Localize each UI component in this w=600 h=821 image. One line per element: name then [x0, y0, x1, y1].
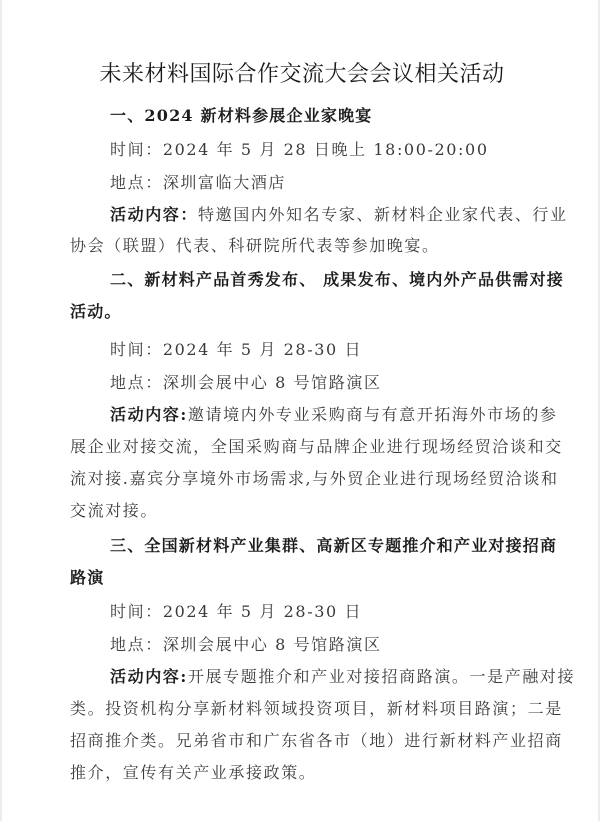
section-2-content-wrap: 交流对接。	[70, 501, 158, 521]
section-2-heading-wrap: 活动。	[70, 302, 122, 322]
location-label: 地点：	[110, 173, 163, 192]
time-value: 2024 年 5 月 28 日晚上 18:00-20:00	[163, 140, 489, 159]
section-2-heading: 二、新材料产品首秀发布、 成果发布、境内外产品供需对接	[110, 270, 564, 290]
section-1-content-wrap: 协会（联盟）代表、科研院所代表等参加晚宴。	[70, 236, 440, 256]
section-2-content: 活动内容:邀请境内外专业采购商与有意开拓海外市场的参	[110, 405, 558, 425]
document-title: 未来材料国际合作交流大会会议相关活动	[2, 60, 600, 90]
content-text: 邀请境内外专业采购商与有意开拓海外市场的参	[188, 405, 558, 424]
section-3-content-wrap: 招商推介类。兄弟省市和广东省各市（地）进行新材料产业招商	[70, 731, 563, 751]
location-label: 地点：	[110, 635, 163, 654]
time-label: 时间：	[110, 602, 163, 621]
section-3-heading: 三、全国新材料产业集群、高新区专题推介和产业对接招商	[110, 536, 557, 556]
time-label: 时间：	[110, 340, 163, 359]
section-1-heading: 一、2024 新材料参展企业家晚宴	[110, 106, 373, 126]
time-value: 2024 年 5 月 28-30 日	[163, 340, 362, 359]
content-label: 活动内容:	[110, 405, 188, 424]
content-label: 活动内容:	[110, 667, 188, 686]
content-label: 活动内容：	[110, 205, 198, 224]
location-value: 深圳会展中心 8 号馆路演区	[163, 635, 382, 654]
location-value: 深圳会展中心 8 号馆路演区	[163, 373, 382, 392]
section-3-time: 时间：2024 年 5 月 28-30 日	[110, 602, 362, 622]
section-3-location: 地点：深圳会展中心 8 号馆路演区	[110, 635, 382, 655]
location-label: 地点：	[110, 373, 163, 392]
section-2-content-wrap: 展企业对接交流，全国采购商与品牌企业进行现场经贸洽谈和交	[70, 437, 563, 457]
section-2-content-wrap: 流对接.嘉宾分享境外市场需求,与外贸企业进行现场经贸洽谈和	[70, 469, 559, 489]
section-1-location: 地点：深圳富临大酒店	[110, 173, 286, 193]
document-page: 未来材料国际合作交流大会会议相关活动 一、2024 新材料参展企业家晚宴 时间：…	[0, 0, 600, 821]
location-value: 深圳富临大酒店	[163, 173, 286, 192]
time-label: 时间：	[110, 140, 163, 159]
section-3-content: 活动内容:开展专题推介和产业对接招商路演。一是产融对接	[110, 667, 575, 687]
section-2-location: 地点：深圳会展中心 8 号馆路演区	[110, 373, 382, 393]
content-text: 开展专题推介和产业对接招商路演。一是产融对接	[188, 667, 575, 686]
section-3-content-wrap: 类。投资机构分享新材料领域投资项目，新材料项目路演；二是	[70, 699, 563, 719]
section-3-heading-wrap: 路演	[70, 568, 104, 588]
content-text: 特邀国内外知名专家、新材料企业家代表、行业	[198, 205, 568, 224]
section-1-time: 时间：2024 年 5 月 28 日晚上 18:00-20:00	[110, 140, 489, 160]
section-3-content-wrap: 推介，宣传有关产业承接政策。	[70, 763, 316, 783]
time-value: 2024 年 5 月 28-30 日	[163, 602, 362, 621]
section-1-content: 活动内容：特邀国内外知名专家、新材料企业家代表、行业	[110, 205, 568, 225]
section-2-time: 时间：2024 年 5 月 28-30 日	[110, 340, 362, 360]
